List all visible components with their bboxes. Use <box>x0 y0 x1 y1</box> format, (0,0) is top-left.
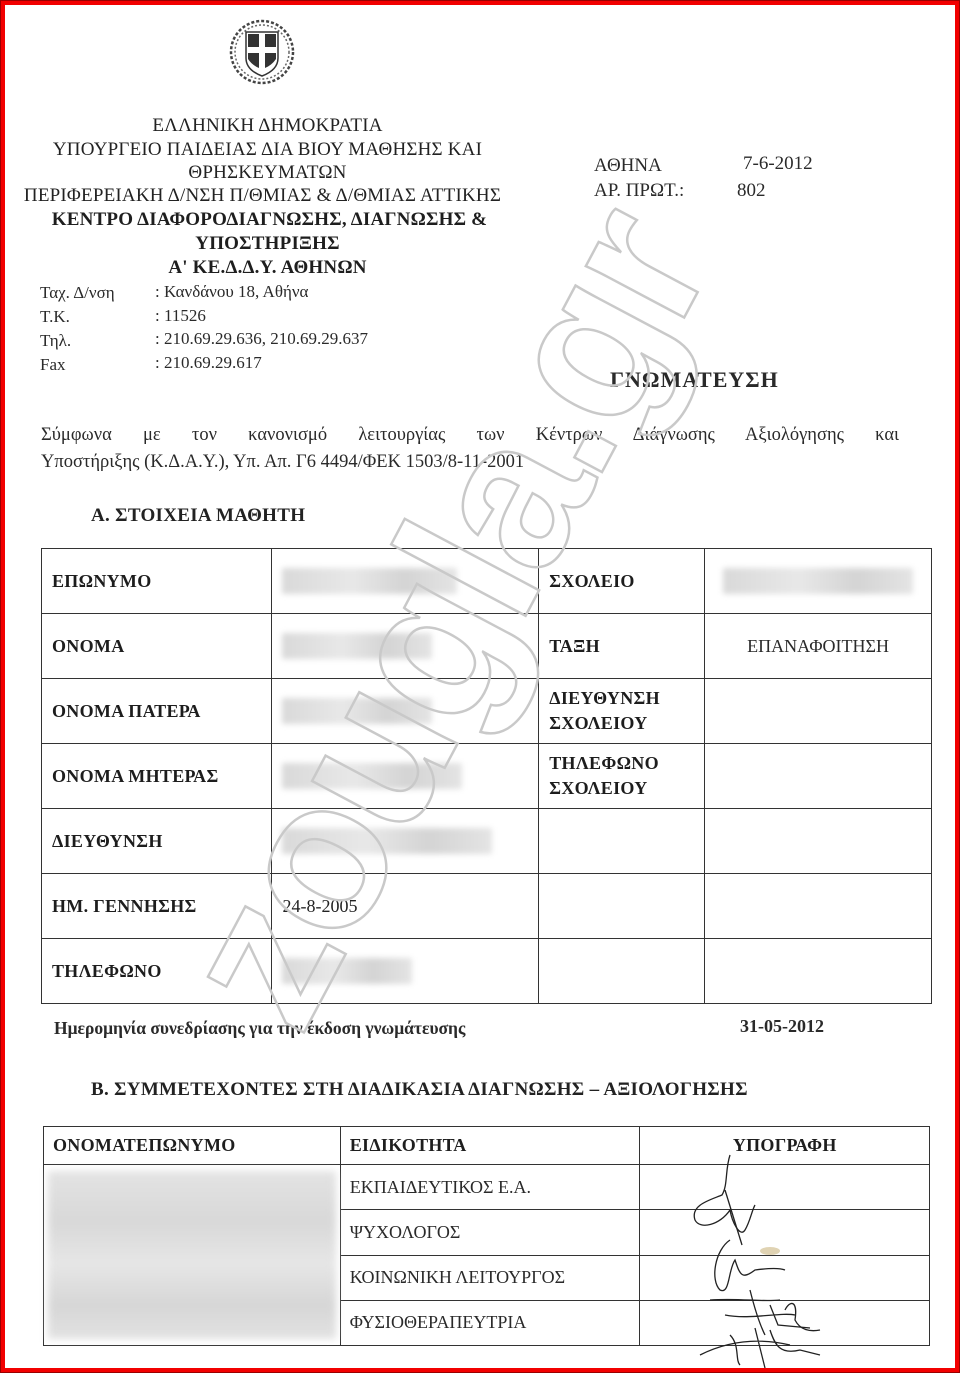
header-line-republic: ΕΛΛΗΝΙΚΗ ΔΗΜΟΚΡΑΤΙΑ <box>0 115 535 137</box>
field-value-2: ΕΠΑΝΑΦΟΙΤΗΣΗ <box>705 614 932 679</box>
participant-specialty: ΨΥΧΟΛΟΓΟΣ <box>340 1210 640 1255</box>
field-value-2 <box>705 874 932 939</box>
field-value-2 <box>705 809 932 874</box>
field-label: ΔΙΕΥΘΥΝΣΗ <box>42 809 272 874</box>
fax-value: : 210.69.29.617 <box>155 353 262 373</box>
field-label-2 <box>539 874 705 939</box>
phone-label: Τηλ. <box>40 331 71 351</box>
protocol-label: ΑΡ. ΠΡΩΤ.: <box>594 180 684 202</box>
protocol-number: 802 <box>737 180 766 202</box>
header-line-ministry-cont: ΘΡΗΣΚΕΥΜΑΤΩΝ <box>0 162 535 184</box>
redacted-value <box>723 568 913 594</box>
field-label-2: ΔΙΕΥΘΥΝΣΗ ΣΧΟΛΕΙΟΥ <box>539 679 705 744</box>
participant-specialty: ΦΥΣΙΟΘΕΡΑΠΕΥΤΡΙΑ <box>340 1300 640 1345</box>
column-header-fullname: ΟΝΟΜΑΤΕΠΩΝΥΜΟ <box>44 1127 341 1165</box>
student-table-row: ΔΙΕΥΘΥΝΣΗ <box>42 809 932 874</box>
field-label-2 <box>539 809 705 874</box>
postal-code-value: : 11526 <box>155 306 206 326</box>
city-label: ΑΘΗΝΑ <box>594 155 662 177</box>
address-label: Ταχ. Δ/νση <box>40 283 115 303</box>
redacted-value <box>282 763 462 789</box>
intro-line-2: Υποστήριξης (Κ.Δ.Α.Υ.), Υπ. Απ. Γ6 4494/… <box>41 452 524 472</box>
participant-names-redacted <box>44 1165 341 1346</box>
participant-specialty: ΕΚΠΑΙΔΕΥΤΙΚΟΣ Ε.Α. <box>340 1165 640 1210</box>
field-label: ΟΝΟΜΑ ΜΗΤΕΡΑΣ <box>42 744 272 809</box>
student-table-row: ΤΗΛΕΦΩΝΟ <box>42 939 932 1004</box>
section-a-title: Α. ΣΤΟΙΧΕΙΑ ΜΑΘΗΤΗ <box>91 505 305 527</box>
fax-label: Fax <box>40 355 66 375</box>
field-label-2: ΣΧΟΛΕΙΟ <box>539 549 705 614</box>
redacted-names <box>48 1171 336 1339</box>
signatures-image <box>670 1150 870 1370</box>
field-value <box>272 744 539 809</box>
header-line-center-cont: ΥΠΟΣΤΗΡΙΞΗΣ <box>0 233 535 255</box>
field-value-2 <box>705 744 932 809</box>
redacted-value <box>282 568 457 594</box>
section-b-title: Β. ΣΥΜΜΕΤΕΧΟΝΤΕΣ ΣΤΗ ΔΙΑΔΙΚΑΣΙΑ ΔΙΑΓΝΩΣΗ… <box>91 1079 748 1101</box>
field-label: ΟΝΟΜΑ ΠΑΤΕΡΑ <box>42 679 272 744</box>
field-label: ΕΠΩΝΥΜΟ <box>42 549 272 614</box>
document-date: 7-6-2012 <box>743 153 813 175</box>
student-table-row: ΟΝΟΜΑΤΑΞΗΕΠΑΝΑΦΟΙΤΗΣΗ <box>42 614 932 679</box>
student-info-table: ΕΠΩΝΥΜΟΣΧΟΛΕΙΟΟΝΟΜΑΤΑΞΗΕΠΑΝΑΦΟΙΤΗΣΗΟΝΟΜΑ… <box>41 548 932 1004</box>
field-value: 24-8-2005 <box>272 874 539 939</box>
intro-line-1: Σύμφωνα με τον κανονισμό λειτουργίας των… <box>41 422 899 449</box>
document-title: ΓΝΩΜΑΤΕΥΣΗ <box>610 367 779 393</box>
header-line-directorate: ΠΕΡΙΦΕΡΕΙΑΚΗ Δ/ΝΣΗ Π/ΘΜΙΑΣ & Δ/ΘΜΙΑΣ ΑΤΤ… <box>0 185 535 207</box>
redacted-value <box>282 633 432 659</box>
student-table-row: ΕΠΩΝΥΜΟΣΧΟΛΕΙΟ <box>42 549 932 614</box>
session-date-label: Ημερομηνία συνεδρίασης για την έκδοση γν… <box>54 1018 465 1039</box>
intro-paragraph: Σύμφωνα με τον κανονισμό λειτουργίας των… <box>41 422 899 476</box>
field-value-2 <box>705 939 932 1004</box>
address-value: : Κανδάνου 18, Αθήνα <box>155 282 308 302</box>
column-header-specialty: ΕΙΔΙΚΟΤΗΤΑ <box>340 1127 640 1165</box>
greek-coat-of-arms-icon <box>228 18 296 86</box>
student-table-row: ΗΜ. ΓΕΝΝΗΣΗΣ24-8-2005 <box>42 874 932 939</box>
field-label: ΗΜ. ΓΕΝΝΗΣΗΣ <box>42 874 272 939</box>
redacted-value <box>282 828 492 854</box>
field-label-2: ΤΗΛΕΦΩΝΟ ΣΧΟΛΕΙΟΥ <box>539 744 705 809</box>
field-label-2 <box>539 939 705 1004</box>
field-value <box>272 549 539 614</box>
field-value <box>272 679 539 744</box>
header-line-ministry: ΥΠΟΥΡΓΕΙΟ ΠΑΙΔΕΙΑΣ ΔΙΑ ΒΙΟΥ ΜΑΘΗΣΗΣ ΚΑΙ <box>0 139 535 161</box>
student-table-row: ΟΝΟΜΑ ΜΗΤΕΡΑΣΤΗΛΕΦΩΝΟ ΣΧΟΛΕΙΟΥ <box>42 744 932 809</box>
field-label: ΟΝΟΜΑ <box>42 614 272 679</box>
session-date-value: 31-05-2012 <box>740 1016 824 1037</box>
student-table-row: ΟΝΟΜΑ ΠΑΤΕΡΑΔΙΕΥΘΥΝΣΗ ΣΧΟΛΕΙΟΥ <box>42 679 932 744</box>
header-line-kedy: Α' ΚΕ.Δ.Δ.Υ. ΑΘΗΝΩΝ <box>0 257 535 279</box>
field-value-2 <box>705 679 932 744</box>
postal-code-label: Τ.Κ. <box>40 307 70 327</box>
field-label: ΤΗΛΕΦΩΝΟ <box>42 939 272 1004</box>
participant-specialty: ΚΟΙΝΩΝΙΚΗ ΛΕΙΤΟΥΡΓΟΣ <box>340 1255 640 1300</box>
field-value <box>272 614 539 679</box>
field-value-2 <box>705 549 932 614</box>
field-value <box>272 809 539 874</box>
field-label-2: ΤΑΞΗ <box>539 614 705 679</box>
field-value <box>272 939 539 1004</box>
redacted-value <box>282 958 412 984</box>
redacted-value <box>282 698 432 724</box>
header-line-center: ΚΕΝΤΡΟ ΔΙΑΦΟΡΟΔΙΑΓΝΩΣΗΣ, ΔΙΑΓΝΩΣΗΣ & <box>2 209 537 231</box>
phone-value: : 210.69.29.636, 210.69.29.637 <box>155 329 368 349</box>
